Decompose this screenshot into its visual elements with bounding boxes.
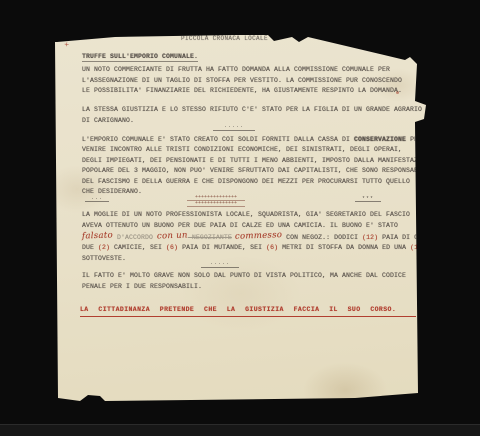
plus-row-2: ++++++++++++++ <box>187 201 245 207</box>
text-segment: (2) <box>98 244 110 251</box>
text-segment: (12) <box>362 234 378 241</box>
text-segment: CAMICIE, SEI <box>110 244 166 251</box>
text-segment: DUE <box>82 244 98 251</box>
paragraph3-line3: DEGLI IMPIEGATI, DEI PENSIONATI E DI TUT… <box>82 157 416 165</box>
text-segment: PER <box>406 136 422 143</box>
divider-left-dots: ··· <box>85 197 109 202</box>
paragraph2-line2: DI CARIGNANO. <box>82 117 416 125</box>
article-title: TRUFFE SULL'EMPORIO COMUNALE. <box>82 53 416 61</box>
text-segment: CON NEGOZ.: DODICI <box>282 234 362 241</box>
masthead-rubric: PICCOLA CRONACA LOCALE <box>181 35 268 43</box>
paragraph5-line2: PENALE PER I DUE RESPONSABILI. <box>82 283 416 291</box>
paragraph4-line2: AVEVA OTTENUTO UN BUONO PER DUE PAIA DI … <box>82 222 416 230</box>
section-divider-dots: ····· <box>213 125 255 131</box>
paragraph4-line1: LA MOGLIE DI UN NOTO PROFESSIONISTA LOCA… <box>82 211 416 219</box>
paragraph1-line3: LE POSSIBILITA' FINANZIARIE DEL RICHIEDE… <box>82 87 416 95</box>
paragraph3-line2: VENIRE INCONTRO ALLE TRISTI CONDIZIONI E… <box>82 146 416 154</box>
text-segment: (6) <box>166 244 178 251</box>
text-segment: con un <box>157 231 188 240</box>
paragraph3-line5: DEL FASCISMO E DELLA GUERRA E CHE DISPON… <box>82 178 416 186</box>
text-segment: PAIA DI CALZE, <box>378 234 438 241</box>
section-divider-dots-2: ····· <box>201 262 239 268</box>
typewritten-document-page: + PICCOLA CRONACA LOCALE TRUFFE SULL'EMP… <box>55 33 427 405</box>
red-pencil-check-mark: + <box>63 41 69 51</box>
paragraph3-line4: POPOLARE DEL 3 MAGGIO, NON PUO' VENIRE S… <box>82 167 416 175</box>
paragraph4-line3-with-handwritten-corrections: falsato D'ACCORDO con un NEGOZIANTE comm… <box>82 233 416 242</box>
text-segment: commesso <box>232 231 283 241</box>
paragraph1-line2: L'ASSEGNAZIONE DI UN TAGLIO DI STOFFA PE… <box>82 77 416 85</box>
text-segment: falsato <box>82 231 113 240</box>
paragraph4-line4: DUE (2) CAMICIE, SEI (6) PAIA DI MUTANDE… <box>82 244 416 252</box>
text-segment: NEGOZIANTE <box>188 234 232 241</box>
text-segment: PAIA DI MUTANDE, SEI <box>178 244 266 251</box>
text-segment: (6) <box>266 244 278 251</box>
red-underlined-closing-statement: LA CITTADINANZA PRETENDE CHE LA GIUSTIZI… <box>80 305 416 317</box>
scanned-photo-background: { "colors": { "paper": "#e8e0c8", "ink":… <box>0 0 480 436</box>
text-segment: CONSERVAZIONE <box>354 136 406 143</box>
section-divider-ornament: ··· ++++++++++++++ ++++++++++++++ *** <box>55 195 427 211</box>
paragraph1-line1: UN NOTO COMMERCIANTE DI FRUTTA HA FATTO … <box>82 66 416 74</box>
text-segment: (1) <box>410 244 422 251</box>
text-segment: D'ACCORDO <box>113 234 157 241</box>
paragraph5-line1: IL FATTO E' MOLTO GRAVE NON SOLO DAL PUN… <box>82 272 416 280</box>
photo-mat-edge <box>0 424 480 436</box>
paragraph2-line1: LA STESSA GIUSTIZIA E LO STESSO RIFIUTO … <box>82 106 416 114</box>
paragraph4-line5: SOTTOVESTE. <box>82 255 416 263</box>
divider-center-plus-rows: ++++++++++++++ ++++++++++++++ <box>187 195 245 207</box>
text-segment: METRI DI STOFFA DA DONNA ED UNA <box>278 244 410 251</box>
paragraph3-line1: L'EMPORIO COMUNALE E' STATO CREATO COI S… <box>82 136 416 144</box>
article-title-text: TRUFFE SULL'EMPORIO COMUNALE. <box>82 53 198 62</box>
text-segment: L'EMPORIO COMUNALE E' STATO CREATO COI S… <box>82 136 354 143</box>
divider-right-stars: *** <box>355 197 381 202</box>
